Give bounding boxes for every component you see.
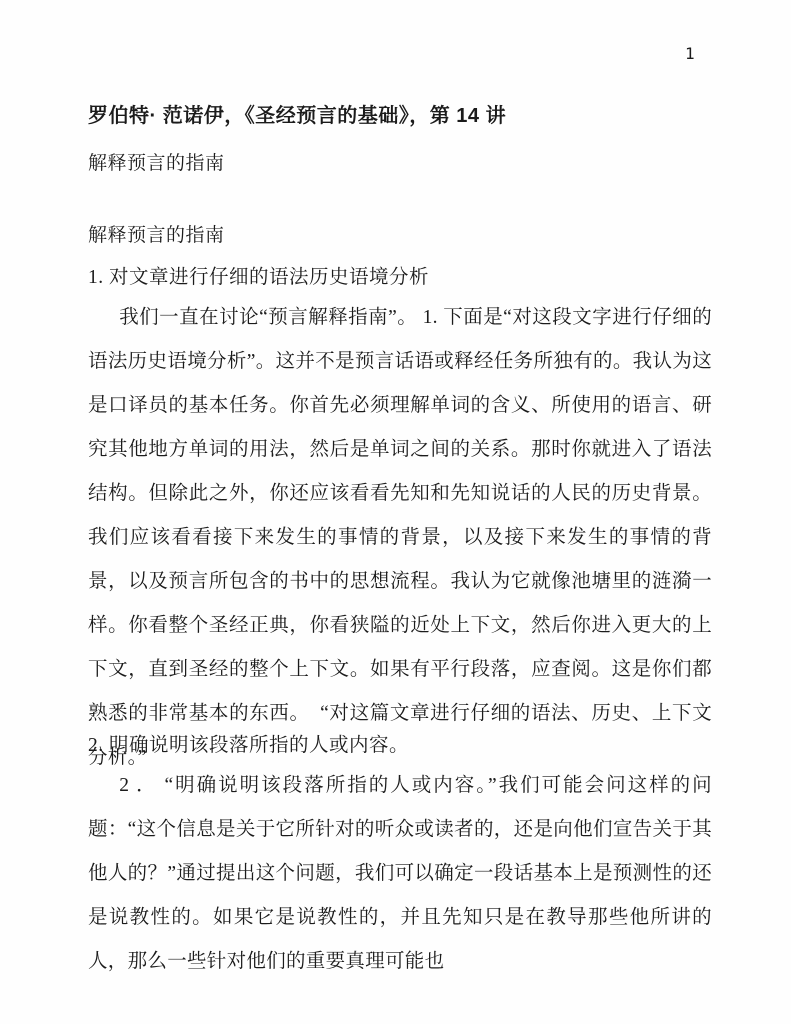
page-number: 1 — [685, 44, 695, 63]
document-page: 1 罗伯特· 范诺伊，《圣经预言的基础》，第 14 讲 解释预言的指南 解释预言… — [0, 0, 791, 1024]
document-title: 罗伯特· 范诺伊，《圣经预言的基础》，第 14 讲 — [88, 99, 712, 128]
guideline-2-paragraph: 2 ． “明确说明该段落所指的人或内容。”我们可能会问这样的问题：“这个信息是关… — [88, 764, 712, 984]
guideline-1-heading: 1. 对文章进行仔细的语法历史语境分析 — [88, 261, 712, 289]
guideline-1-paragraph: 我们一直在讨论“预言解释指南”。 1. 下面是“对这段文字进行仔细的语法历史语境… — [88, 296, 712, 780]
document-subtitle: 解释预言的指南 — [88, 148, 712, 175]
section-heading: 解释预言的指南 — [88, 220, 712, 247]
guideline-2-heading: 2. 明确说明该段落所指的人或内容。 — [88, 729, 712, 757]
